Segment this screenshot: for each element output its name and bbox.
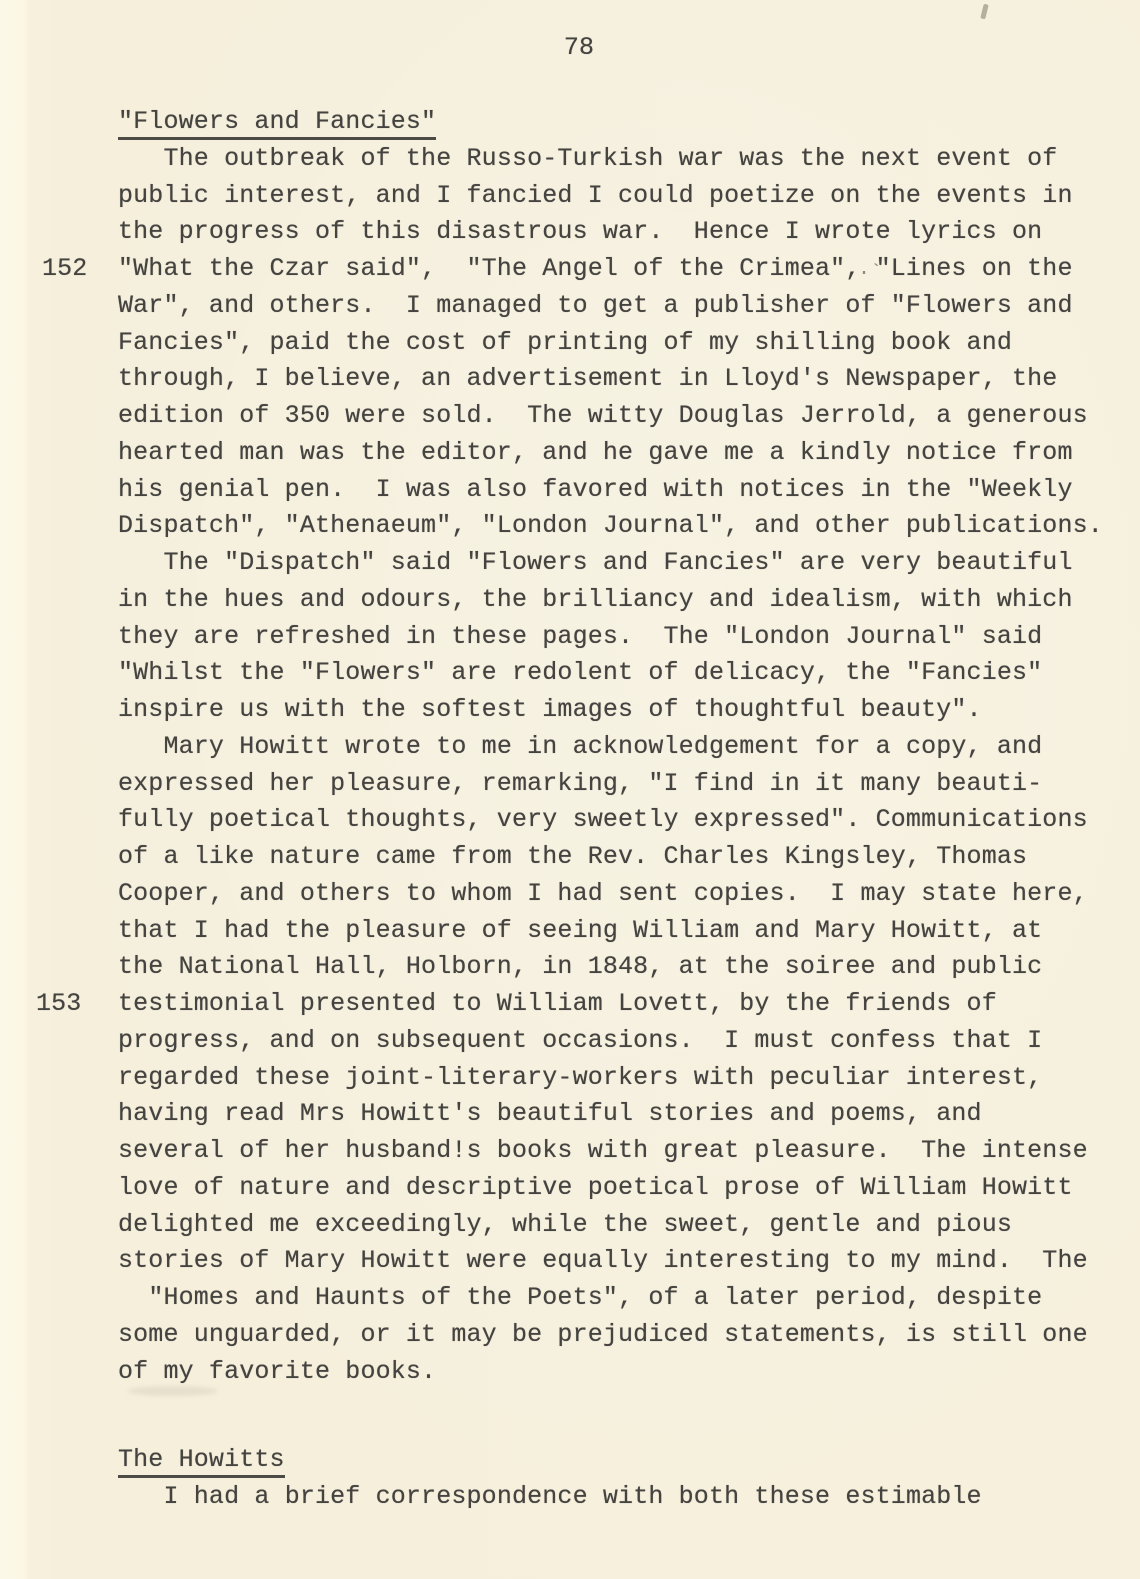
typewritten-document-page: 78 152 153 ·` "Flowers and Fancies" The … [0, 0, 1140, 1579]
section-heading-the-howitts: The Howitts [118, 1442, 1120, 1479]
paragraph-homes-and-haunts: "Homes and Haunts of the Poets", of a la… [118, 1280, 1120, 1390]
margin-reference-152: 152 [42, 251, 87, 288]
margin-reference-153: 153 [36, 986, 81, 1023]
paragraph-mary-howitt-letter: Mary Howitt wrote to me in acknowledgeme… [118, 729, 1120, 1280]
document-body: "Flowers and Fancies" The outbreak of th… [118, 104, 1120, 1516]
paragraph-war-lyrics: The outbreak of the Russo-Turkish war wa… [118, 141, 1120, 545]
paragraph-press-reviews: The "Dispatch" said "Flowers and Fancies… [118, 545, 1120, 729]
heading-underlined-text: "Flowers and Fancies" [118, 107, 436, 140]
page-number: 78 [0, 30, 1140, 67]
heading-underlined-text: The Howitts [118, 1445, 285, 1478]
paragraph-correspondence: I had a brief correspondence with both t… [118, 1479, 1120, 1516]
section-heading-flowers-and-fancies: "Flowers and Fancies" [118, 104, 1120, 141]
scan-speck-artifact [980, 4, 988, 20]
